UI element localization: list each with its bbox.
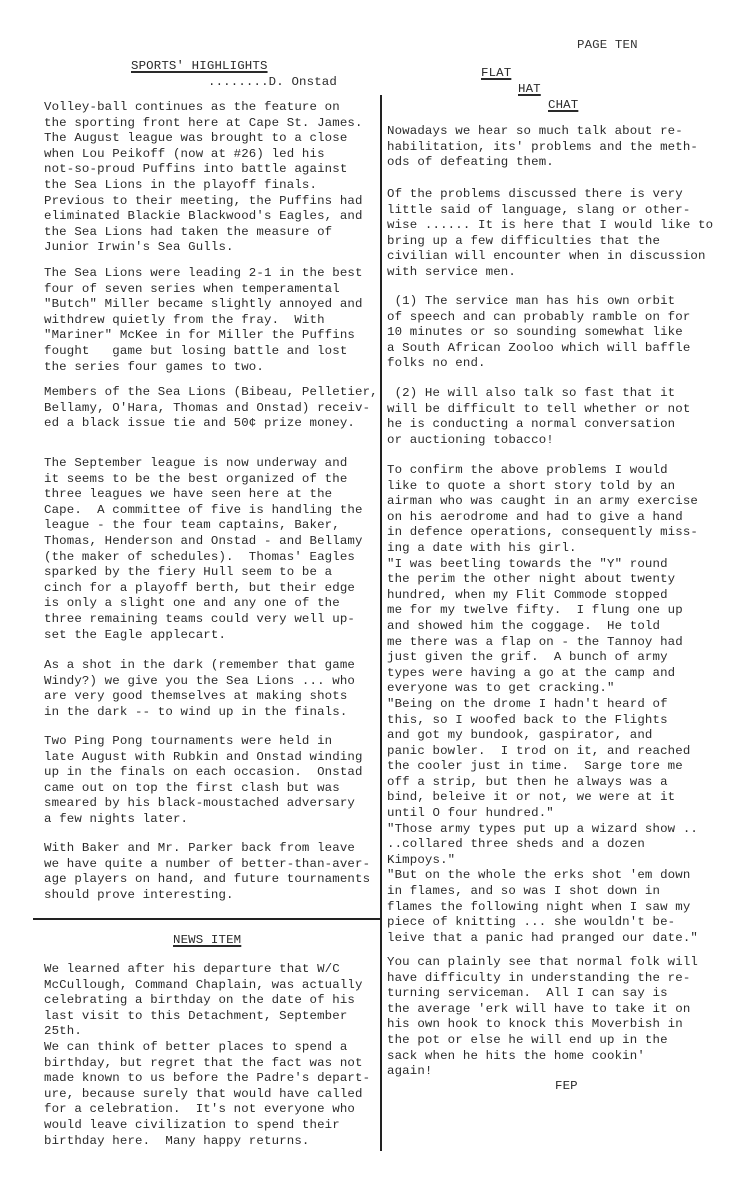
chat-heading-chat: CHAT — [548, 98, 578, 112]
sports-highlights-heading: SPORTS' HIGHLIGHTS — [131, 59, 268, 73]
sports-paragraph-1: Volley-ball continues as the feature on … — [44, 100, 363, 256]
news-paragraph-1: We learned after his departure that W/C … — [44, 962, 370, 1149]
sports-paragraph-5: As a shot in the dark (remember that gam… — [44, 658, 355, 720]
chat-heading-hat: HAT — [518, 82, 541, 96]
page-number: PAGE TEN — [577, 38, 638, 52]
column-divider — [380, 95, 382, 1151]
sports-paragraph-2: The Sea Lions were leading 2-1 in the be… — [44, 266, 363, 375]
chat-signature: FEP — [555, 1079, 578, 1093]
sports-paragraph-3: Members of the Sea Lions (Bibeau, Pellet… — [44, 385, 378, 432]
chat-paragraph-5: To confirm the above problems I would li… — [387, 463, 698, 946]
section-divider — [33, 918, 381, 920]
sports-byline: ........D. Onstad — [208, 75, 337, 89]
chat-heading-flat: FLAT — [481, 66, 511, 80]
chat-paragraph-6: You can plainly see that normal folk wil… — [387, 955, 698, 1080]
sports-paragraph-4: The September league is now underway and… — [44, 456, 363, 643]
chat-paragraph-1: Nowadays we hear so much talk about re- … — [387, 124, 698, 171]
chat-paragraph-2: Of the problems discussed there is very … — [387, 187, 713, 281]
news-item-heading: NEWS ITEM — [173, 933, 241, 947]
sports-paragraph-6: Two Ping Pong tournaments were held in l… — [44, 734, 363, 828]
chat-paragraph-3: (1) The service man has his own orbit of… — [387, 294, 690, 372]
chat-paragraph-4: (2) He will also talk so fast that it wi… — [387, 386, 690, 448]
sports-paragraph-7: With Baker and Mr. Parker back from leav… — [44, 841, 370, 903]
